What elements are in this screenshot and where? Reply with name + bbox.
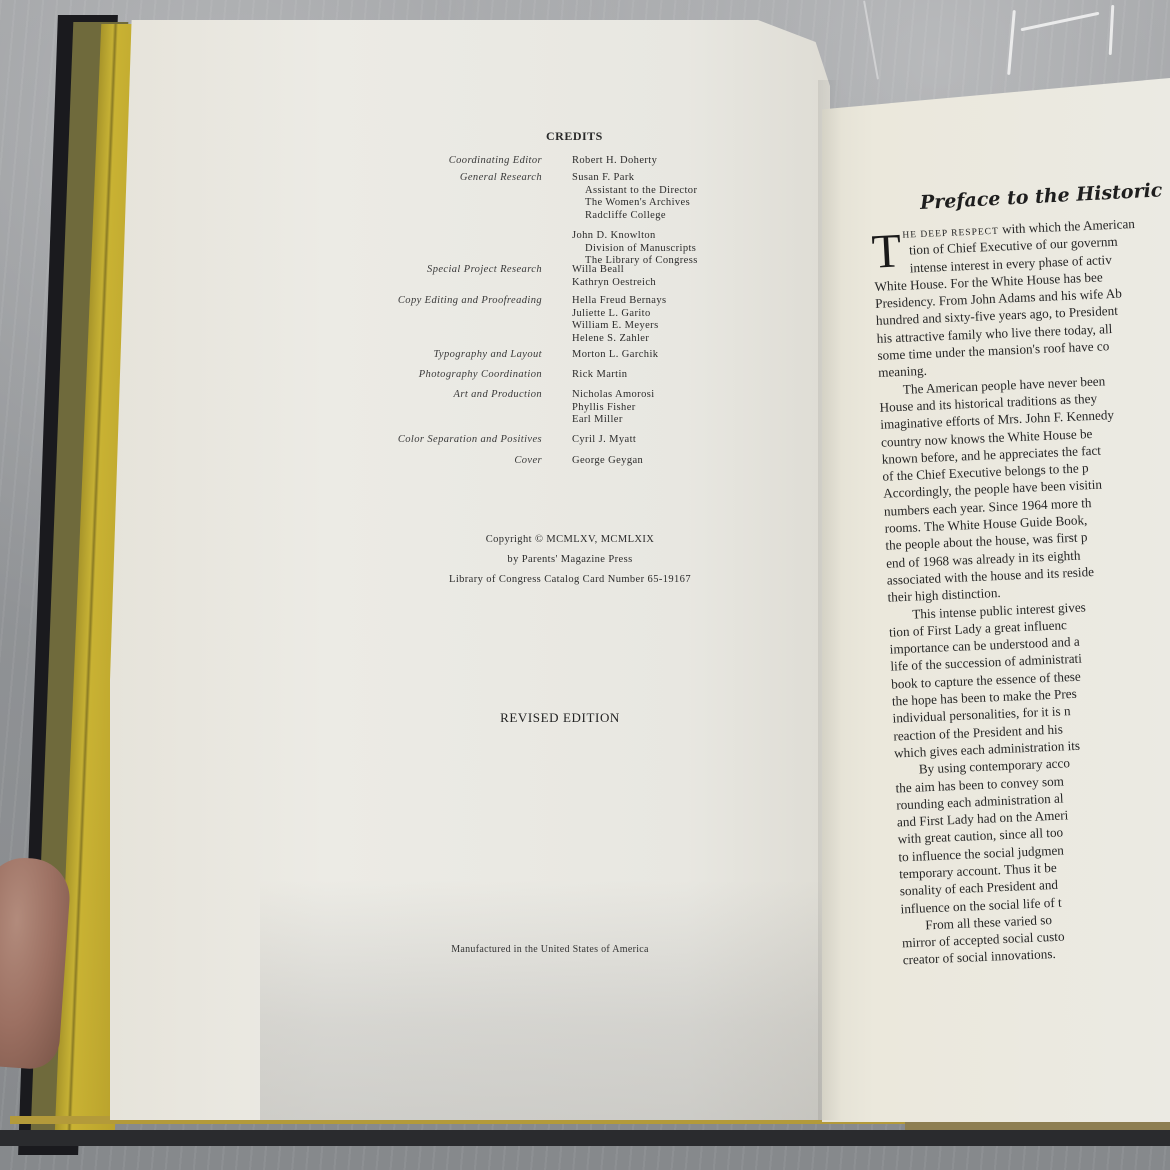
- credit-name: Morton L. Garchik: [572, 349, 658, 362]
- credit-row: Art and Production Nicholas Amorosi Phyl…: [340, 389, 760, 427]
- credit-row: Coordinating Editor Robert H. Doherty: [340, 155, 760, 168]
- credit-name: Earl Miller: [572, 414, 655, 427]
- credit-names: George Geygan: [572, 455, 643, 468]
- credit-name: John D. Knowlton: [572, 230, 698, 243]
- credit-name: Rick Martin: [572, 369, 627, 382]
- credit-row: Cover George Geygan: [340, 455, 760, 468]
- preface-body: HE DEEP RESPECT with which the Americant…: [872, 213, 1170, 970]
- credit-name: Juliette L. Garito: [572, 308, 667, 321]
- credit-affiliation: The Women's Archives: [572, 197, 698, 210]
- credit-row: Typography and Layout Morton L. Garchik: [340, 349, 760, 362]
- edition-label: REVISED EDITION: [440, 710, 680, 726]
- surface-scratch: [863, 0, 879, 79]
- credit-affiliation: Division of Manuscripts: [572, 243, 698, 256]
- surface-scratch: [1109, 5, 1115, 55]
- credit-name: Susan F. Park: [572, 172, 698, 185]
- credit-names: Nicholas Amorosi Phyllis Fisher Earl Mil…: [572, 389, 655, 427]
- credits-heading: CREDITS: [546, 129, 603, 144]
- credit-names: Willa Beall Kathryn Oestreich: [572, 264, 656, 289]
- credit-name: Phyllis Fisher: [572, 402, 655, 415]
- credit-row: Color Separation and Positives Cyril J. …: [340, 434, 760, 447]
- credit-name: Cyril J. Myatt: [572, 434, 636, 447]
- credit-row: Photography Coordination Rick Martin: [340, 369, 760, 382]
- credit-name: Nicholas Amorosi: [572, 389, 655, 402]
- credit-role: Cover: [340, 455, 572, 468]
- book-bottom-binding: [0, 1130, 1170, 1146]
- credit-row: Copy Editing and Proofreading Hella Freu…: [340, 295, 760, 345]
- credit-row: Special Project Research Willa Beall Kat…: [340, 264, 760, 289]
- copyright-block: Copyright © MCMLXV, MCMLXIX by Parents' …: [420, 530, 720, 590]
- book-gutter: [818, 80, 848, 1120]
- credit-name: Willa Beall: [572, 264, 656, 277]
- credit-role: Photography Coordination: [340, 369, 572, 382]
- credit-name: Robert H. Doherty: [572, 155, 657, 168]
- publisher-line: by Parents' Magazine Press: [420, 550, 720, 570]
- copyright-line: Copyright © MCMLXV, MCMLXIX: [420, 530, 720, 550]
- credit-role: Typography and Layout: [340, 349, 572, 362]
- credit-name: Kathryn Oestreich: [572, 277, 656, 290]
- surface-scratch: [1007, 10, 1016, 75]
- page-shadow: [260, 880, 830, 1120]
- credit-role: Art and Production: [340, 389, 572, 427]
- credit-role: General Research: [340, 172, 572, 268]
- credit-affiliation: Radcliffe College: [572, 210, 698, 223]
- credit-name: Helene S. Zahler: [572, 333, 667, 346]
- credit-names: Rick Martin: [572, 369, 627, 382]
- credit-role: Color Separation and Positives: [340, 434, 572, 447]
- credit-names: Hella Freud Bernays Juliette L. Garito W…: [572, 295, 667, 345]
- credit-row: General Research Susan F. Park Assistant…: [340, 172, 760, 268]
- credit-role: Copy Editing and Proofreading: [340, 295, 572, 345]
- credit-names: Robert H. Doherty: [572, 155, 657, 168]
- catalog-number-line: Library of Congress Catalog Card Number …: [420, 570, 720, 590]
- surface-scratch: [1021, 12, 1100, 32]
- credit-names: Morton L. Garchik: [572, 349, 658, 362]
- credit-names: Cyril J. Myatt: [572, 434, 636, 447]
- manufactured-line: Manufactured in the United States of Ame…: [400, 944, 700, 955]
- credit-role: Coordinating Editor: [340, 155, 572, 168]
- credit-name: William E. Meyers: [572, 320, 667, 333]
- credit-affiliation: Assistant to the Director: [572, 185, 698, 198]
- credit-name: George Geygan: [572, 455, 643, 468]
- credit-role: Special Project Research: [340, 264, 572, 289]
- credit-name: Hella Freud Bernays: [572, 295, 667, 308]
- credit-names: Susan F. Park Assistant to the Director …: [572, 172, 698, 268]
